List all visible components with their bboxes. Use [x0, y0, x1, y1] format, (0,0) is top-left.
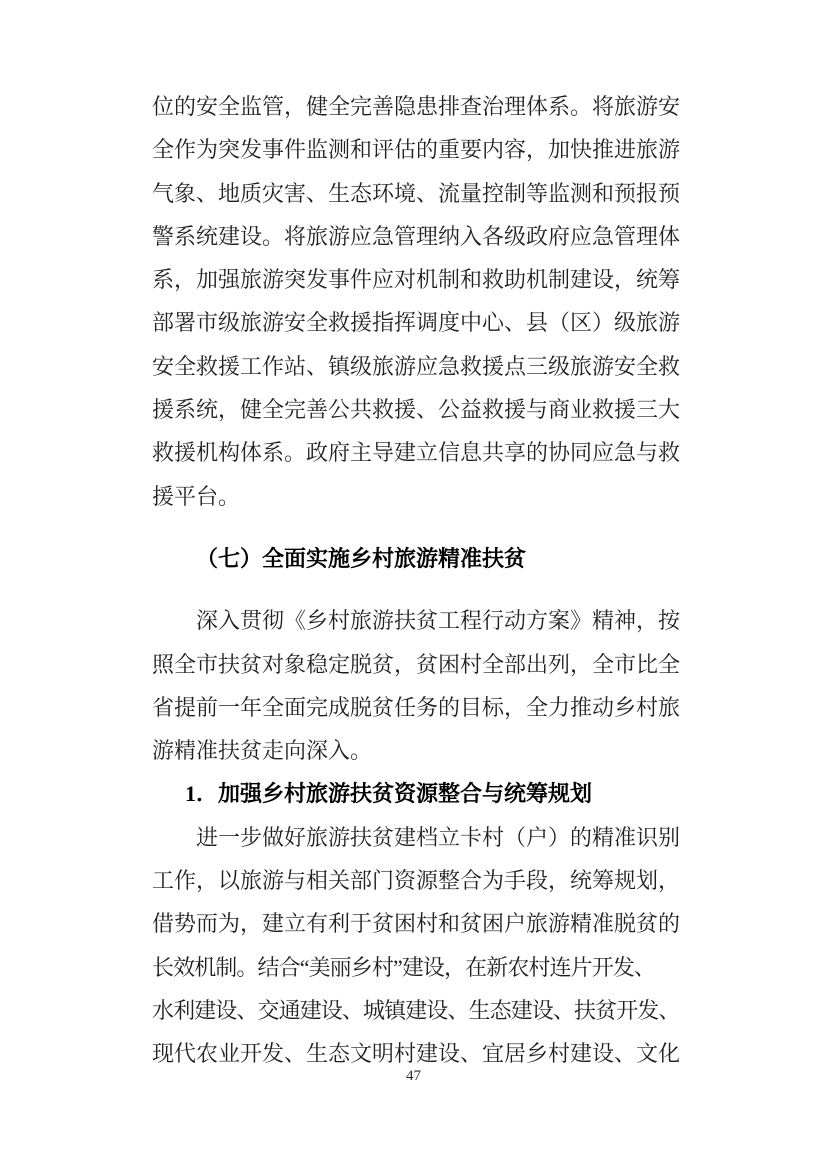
section-heading: （七）全面实施乡村旅游精准扶贫	[152, 537, 680, 580]
paragraph: 深入贯彻《乡村旅游扶贫工程行动方案》精神，按照全市扶贫对象稳定脱贫，贫困村全部出…	[152, 599, 680, 772]
text-line: 游精准扶贫走向深入。	[152, 729, 680, 772]
text-line: 系，加强旅游突发事件应对机制和救助机制建设，统筹	[152, 258, 680, 301]
page-number: 47	[0, 1068, 827, 1085]
text-line: 1．加强乡村旅游扶贫资源整合与统筹规划	[185, 772, 680, 815]
text-line: 部署市级旅游安全救援指挥调度中心、县（区）级旅游	[152, 301, 680, 344]
text-line: 援系统，健全完善公共救援、公益救援与商业救援三大	[152, 388, 680, 431]
text-line: 省提前一年全面完成脱贫任务的目标，全力推动乡村旅	[152, 686, 680, 729]
text-line: 深入贯彻《乡村旅游扶贫工程行动方案》精神，按	[196, 599, 680, 642]
document-page: 位的安全监管，健全完善隐患排查治理体系。将旅游安全作为突发事件监测和评估的重要内…	[0, 0, 827, 1169]
text-line: 长效机制。结合“美丽乡村”建设，在新农村连片开发、	[152, 946, 680, 989]
text-line: 进一步做好旅游扶贫建档立卡村（户）的精准识别	[196, 816, 680, 859]
text-line: （七）全面实施乡村旅游精准扶贫	[196, 537, 680, 580]
text-line: 警系统建设。将旅游应急管理纳入各级政府应急管理体	[152, 215, 680, 258]
document-body: 位的安全监管，健全完善隐患排查治理体系。将旅游安全作为突发事件监测和评估的重要内…	[152, 85, 680, 1076]
text-line: 借势而为，建立有利于贫困村和贫困户旅游精准脱贫的	[152, 902, 680, 945]
paragraph: 位的安全监管，健全完善隐患排查治理体系。将旅游安全作为突发事件监测和评估的重要内…	[152, 85, 680, 518]
text-line: 水利建设、交通建设、城镇建设、生态建设、扶贫开发、	[152, 989, 680, 1032]
text-line: 援平台。	[152, 475, 680, 518]
paragraph: 进一步做好旅游扶贫建档立卡村（户）的精准识别工作，以旅游与相关部门资源整合为手段…	[152, 816, 680, 1076]
text-line: 全作为突发事件监测和评估的重要内容，加快推进旅游	[152, 128, 680, 171]
text-line: 工作，以旅游与相关部门资源整合为手段，统筹规划，	[152, 859, 680, 902]
section-subheading: 1．加强乡村旅游扶贫资源整合与统筹规划	[152, 772, 680, 815]
text-line: 位的安全监管，健全完善隐患排查治理体系。将旅游安	[152, 85, 680, 128]
text-line: 安全救援工作站、镇级旅游应急救援点三级旅游安全救	[152, 345, 680, 388]
text-line: 救援机构体系。政府主导建立信息共享的协同应急与救	[152, 431, 680, 474]
text-line: 气象、地质灾害、生态环境、流量控制等监测和预报预	[152, 172, 680, 215]
text-line: 照全市扶贫对象稳定脱贫，贫困村全部出列，全市比全	[152, 643, 680, 686]
